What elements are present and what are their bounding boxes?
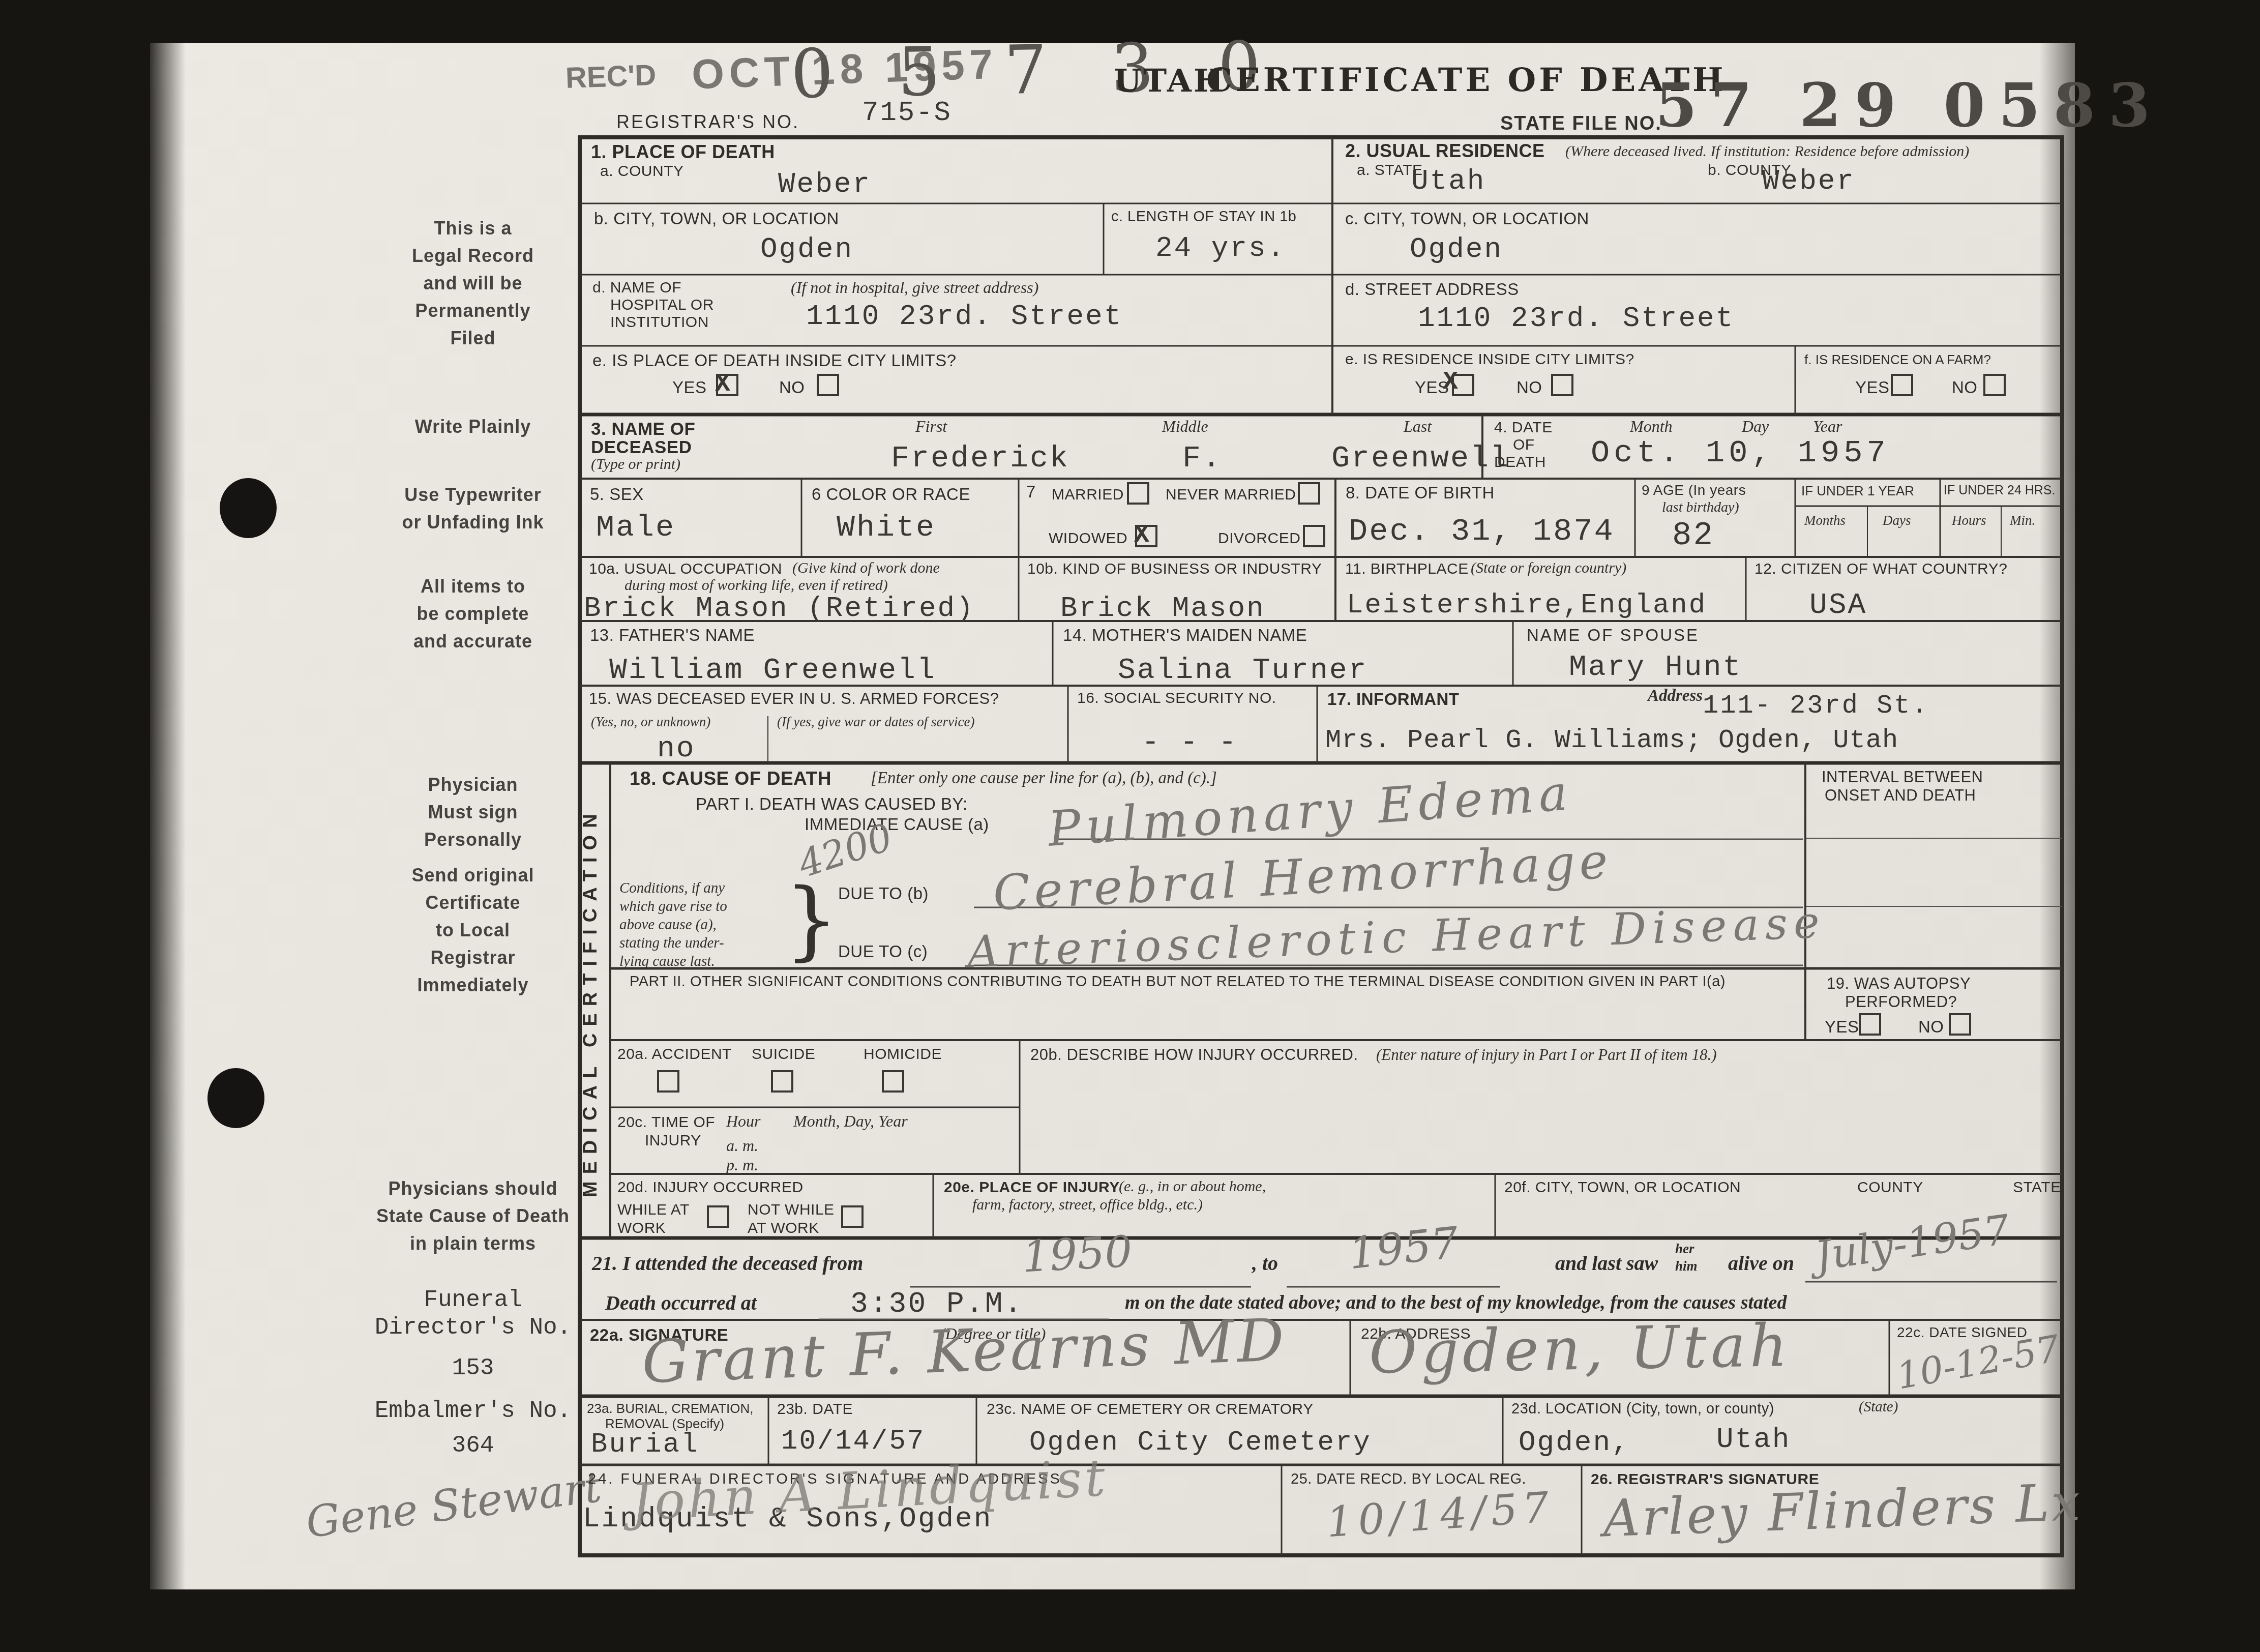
field-4-month-label: Month	[1630, 418, 1673, 434]
field-15-hint2: (If yes, give war or dates of service)	[777, 715, 974, 729]
field-20f-state-label: STATE	[2013, 1180, 2061, 1195]
field-2-hint: (Where deceased lived. If institution: R…	[1565, 144, 1969, 159]
field-1d-value: 1110 23rd. Street	[806, 302, 1122, 331]
field-2e-no-label: NO	[1516, 379, 1542, 396]
field-20f-county-label: COUNTY	[1857, 1180, 1923, 1195]
field-23b-label: 23b. DATE	[777, 1402, 853, 1417]
checkbox-2f-no	[1983, 374, 2006, 396]
field-20b-hint: (Enter nature of injury in Part I or Par…	[1376, 1047, 1717, 1063]
field-18-hint: [Enter only one cause per line for (a), …	[871, 770, 1217, 787]
checkbox-7-never-married	[1298, 482, 1320, 505]
margin-legal-record-line: and will be	[356, 273, 590, 294]
field-1b-value: Ogden	[760, 235, 853, 263]
field-18-part2-label: PART II. OTHER SIGNIFICANT CONDITIONS CO…	[630, 975, 1726, 989]
state-file-label: STATE FILE NO.	[1500, 114, 1662, 133]
field-21-death-occurred-label: Death occurred at	[605, 1293, 757, 1313]
field-20d-not-while-label: AT WORK	[748, 1221, 819, 1236]
field-10a-value: Brick Mason (Retired)	[584, 594, 975, 623]
field-23b-value: 10/14/57	[781, 1428, 925, 1456]
field-21-last-saw-label: and last saw	[1555, 1253, 1658, 1274]
medical-certification-label: MEDICAL CERTIFICATION	[581, 768, 610, 1236]
field-9-value: 82	[1672, 520, 1714, 552]
field-20e-hint: farm, factory, street, office bldg., etc…	[972, 1197, 1203, 1213]
field-2f-label: f. IS RESIDENCE ON A FARM?	[1804, 353, 1991, 366]
field-17-label: 17. INFORMANT	[1327, 691, 1460, 707]
funeral-director-no-value: 153	[356, 1355, 590, 1381]
field-2b-value: Weber	[1762, 167, 1855, 195]
field-18-part1-label: PART I. DEATH WAS CAUSED BY:	[696, 795, 968, 812]
field-18b-label: DUE TO (b)	[838, 885, 929, 902]
registrars-no-label: REGISTRAR'S NO.	[616, 113, 799, 131]
received-stamp-prefix: REC'D	[565, 61, 657, 93]
checkbox-1e-no	[817, 374, 839, 396]
embalmer-no-label: Embalmer's No.	[356, 1398, 590, 1424]
field-23a-label: 23a. BURIAL, CREMATION,	[587, 1402, 754, 1415]
field-21-time-value: 3:30 P.M.	[850, 1290, 1023, 1319]
under-1-year-days-label: Days	[1883, 514, 1911, 527]
field-20e-label: 20e. PLACE OF INJURY	[944, 1180, 1120, 1195]
margin-send-original-line: to Local	[356, 920, 590, 941]
funeral-director-no-label: Funeral	[356, 1287, 590, 1313]
field-23c-label: 23c. NAME OF CEMETERY OR CREMATORY	[987, 1402, 1314, 1417]
field-16-label: 16. SOCIAL SECURITY NO.	[1077, 691, 1276, 706]
field-21-to-label: , to	[1252, 1253, 1278, 1274]
field-1a-value: Weber	[778, 170, 871, 198]
scanned-death-certificate: REC'D OCT 18 1957 0 5 7 3 0 REGISTRAR'S …	[0, 0, 2260, 1652]
field-1d-label: INSTITUTION	[610, 315, 709, 330]
field-20e-hint: (e. g., in or about home,	[1119, 1179, 1266, 1194]
title-certificate-of-death: CERTIFICATE OF DEATH	[1206, 64, 1727, 97]
field-21-alive-on-label: alive on	[1728, 1253, 1794, 1274]
field-23d-state-value: Utah	[1716, 1425, 1791, 1454]
field-4-value: Oct. 10, 1957	[1591, 437, 1890, 469]
checkbox-19-yes	[1859, 1013, 1881, 1036]
margin-physician-line: Must sign	[356, 802, 590, 823]
field-20c-am-label: a. m.	[726, 1137, 758, 1154]
field-13-value: William Greenwell	[609, 656, 936, 686]
field-18-conditions-line: Conditions, if any	[619, 881, 725, 896]
registrars-no-value: 715-S	[862, 100, 952, 127]
interval-header: ONSET AND DEATH	[1825, 787, 1976, 803]
checkbox-20a-accident	[657, 1070, 679, 1093]
checkbox-1e-yes: X	[716, 374, 738, 396]
checkbox-2e-yes-mark: X	[1443, 368, 1458, 397]
checkbox-20d-while-at-work	[707, 1205, 729, 1228]
margin-legal-record-line: Permanently	[356, 300, 590, 321]
field-20b-label: 20b. DESCRIBE HOW INJURY OCCURRED.	[1030, 1047, 1358, 1063]
margin-legal-record-line: This is a	[356, 218, 590, 239]
checkbox-1e-yes-mark: X	[715, 370, 730, 399]
field-21-attended-label: 21. I attended the deceased from	[592, 1253, 863, 1274]
field-20c-mdy-label: Month, Day, Year	[793, 1113, 908, 1129]
field-3-first-value: Frederick	[891, 444, 1069, 474]
checkbox-19-no	[1949, 1013, 1971, 1036]
field-20d-not-while-label: NOT WHILE	[748, 1202, 835, 1218]
margin-legal-record-line: Legal Record	[356, 245, 590, 267]
field-15-value: no	[657, 734, 696, 764]
field-23d-label: 23d. LOCATION (City, town, or county)	[1511, 1402, 1774, 1417]
field-21-from-value-handwriting: 1950	[1021, 1230, 1133, 1279]
field-3-title: DECEASED	[591, 438, 692, 456]
field-11-value: Leistershire,England	[1347, 592, 1707, 619]
field-1d-label: d. NAME OF	[592, 280, 681, 296]
field-1d-label: HOSPITAL OR	[610, 298, 714, 313]
field-18-conditions-line: above cause (a),	[619, 918, 717, 932]
field-2f-no-label: NO	[1952, 379, 1978, 396]
field-23a-value: Burial	[591, 1431, 699, 1459]
field-4-day-label: Day	[1742, 418, 1769, 434]
field-7-never-married-label: NEVER MARRIED	[1166, 487, 1296, 503]
margin-plain-terms-line: in plain terms	[356, 1233, 590, 1254]
field-10a-hint: during most of working life, even if ret…	[625, 578, 888, 593]
field-spouse-label: NAME OF SPOUSE	[1527, 627, 1699, 643]
field-3-middle-value: F.	[1182, 444, 1222, 474]
field-18-title: 18. CAUSE OF DEATH	[630, 769, 831, 788]
field-20d-while-label: WHILE AT	[617, 1202, 690, 1218]
field-20a-accident-label: 20a. ACCIDENT	[617, 1047, 732, 1062]
field-1e-label: e. IS PLACE OF DEATH INSIDE CITY LIMITS?	[592, 352, 957, 369]
margin-plain-terms-line: State Cause of Death	[356, 1205, 590, 1227]
field-3-title: 3. NAME OF	[591, 420, 695, 438]
field-16-value: - - -	[1142, 728, 1238, 758]
field-10a-hint: (Give kind of work done	[792, 560, 940, 576]
field-20d-label: 20d. INJURY OCCURRED	[617, 1180, 804, 1195]
under-24-hrs-min-label: Min.	[2010, 514, 2035, 527]
under-24-hrs-hours-label: Hours	[1952, 514, 1986, 527]
field-17-address-value: 111- 23rd St.	[1703, 693, 1929, 719]
checkbox-20a-suicide	[771, 1070, 793, 1093]
field-1a-label: a. COUNTY	[600, 164, 684, 179]
field-7-widowed-label: WIDOWED	[1049, 531, 1127, 546]
field-2c-label: c. CITY, TOWN, OR LOCATION	[1345, 210, 1589, 227]
field-20c-label: INJURY	[645, 1133, 701, 1148]
field-20c-label: 20c. TIME OF	[617, 1115, 715, 1130]
field-21-him-label: him	[1675, 1259, 1698, 1273]
field-3-hint: (Type or print)	[591, 457, 680, 472]
margin-send-original-line: Immediately	[356, 975, 590, 996]
field-20a-suicide-label: SUICIDE	[752, 1047, 815, 1062]
field-19-label: 19. WAS AUTOPSY	[1827, 976, 1971, 991]
field-19-label: PERFORMED?	[1845, 994, 1957, 1010]
field-9-label: 9 AGE (In years	[1642, 483, 1746, 497]
interval-header: INTERVAL BETWEEN	[1822, 769, 1983, 785]
under-1-year-header: IF UNDER 1 YEAR	[1801, 484, 1914, 497]
field-18-conditions-line: stating the under-	[619, 936, 724, 951]
field-1e-yes-label: YES	[672, 379, 707, 396]
field-18-conditions-line: which gave rise to	[619, 899, 727, 914]
field-9-label: last birthday)	[1662, 500, 1739, 515]
funeral-director-no-label: Director's No.	[356, 1314, 590, 1341]
field-7-number: 7	[1026, 483, 1036, 500]
margin-complete-line: and accurate	[356, 631, 590, 652]
field-20f-label: 20f. CITY, TOWN, OR LOCATION	[1504, 1180, 1741, 1195]
checkbox-7-widowed: X	[1135, 525, 1157, 547]
field-15-hint1: (Yes, no, or unknown)	[591, 715, 710, 729]
field-18c-label: DUE TO (c)	[838, 943, 928, 960]
field-2f-yes-label: YES	[1855, 379, 1890, 396]
field-3-first-label: First	[915, 418, 947, 434]
field-2d-label: d. STREET ADDRESS	[1345, 281, 1519, 298]
field-14-value: Salina Turner	[1118, 656, 1367, 686]
field-17-value: Mrs. Pearl G. Williams; Ogden, Utah	[1325, 727, 1898, 754]
margin-write-plainly: Write Plainly	[356, 416, 590, 437]
conditions-brace: }	[784, 877, 839, 962]
embalmer-no-value: 364	[356, 1432, 590, 1459]
field-20c-pm-label: p. m.	[726, 1157, 758, 1173]
under-1-year-months-label: Months	[1804, 514, 1846, 527]
field-1b-label: b. CITY, TOWN, OR LOCATION	[594, 210, 839, 227]
field-20d-while-label: WORK	[617, 1221, 666, 1236]
margin-send-original-line: Registrar	[356, 947, 590, 968]
field-4-title: 4. DATE	[1494, 420, 1553, 435]
registrar-signature-handwriting: Arley Flinders Lx	[1602, 1477, 2083, 1545]
field-10a-label: 10a. USUAL OCCUPATION	[589, 562, 782, 577]
field-2c-value: Ogden	[1410, 235, 1503, 263]
field-19-yes-label: YES	[1825, 1018, 1859, 1035]
margin-complete-line: All items to	[356, 576, 590, 597]
field-20c-hour-label: Hour	[726, 1113, 761, 1129]
field-3-middle-label: Middle	[1162, 418, 1208, 434]
field-19-no-label: NO	[1918, 1018, 1944, 1035]
margin-typewriter-line: Use Typewriter	[356, 484, 590, 506]
field-21-her-label: her	[1675, 1242, 1694, 1256]
margin-physician-line: Personally	[356, 829, 590, 850]
margin-legal-record-line: Filed	[356, 328, 590, 349]
checkbox-20d-not-while-at-work	[841, 1205, 864, 1228]
checkbox-2e-yes: X	[1452, 374, 1474, 396]
checkbox-7-widowed-mark: X	[1134, 521, 1149, 550]
field-13-label: 13. FATHER'S NAME	[590, 627, 755, 643]
field-3-last-label: Last	[1404, 418, 1432, 434]
field-23a-label: REMOVAL (Specify)	[605, 1417, 724, 1430]
field-12-label: 12. CITIZEN OF WHAT COUNTRY?	[1755, 562, 2007, 577]
field-2a-value: Utah	[1411, 167, 1485, 195]
checkbox-7-divorced	[1303, 525, 1325, 547]
field-21-to-value-handwriting: 1957	[1347, 1221, 1461, 1276]
margin-complete-line: be complete	[356, 603, 590, 625]
field-4-title: OF	[1513, 437, 1535, 453]
margin-physician-line: Physician	[356, 774, 590, 795]
checkbox-2f-yes	[1891, 374, 1913, 396]
field-1c-value: 24 yrs.	[1155, 234, 1286, 262]
field-10b-value: Brick Mason	[1060, 594, 1265, 623]
field-17-address-label: Address	[1648, 688, 1703, 704]
field-8-label: 8. DATE OF BIRTH	[1346, 484, 1495, 501]
field-2e-label: e. IS RESIDENCE INSIDE CITY LIMITS?	[1345, 352, 1634, 367]
field-spouse-value: Mary Hunt	[1569, 653, 1742, 683]
field-8-value: Dec. 31, 1874	[1349, 516, 1615, 547]
field-23d-state-label: (State)	[1859, 1400, 1898, 1414]
field-5-label: 5. SEX	[590, 486, 644, 503]
field-23d-city-value: Ogden,	[1519, 1428, 1630, 1457]
margin-typewriter-line: or Unfading Ink	[356, 512, 590, 533]
field-14-label: 14. MOTHER'S MAIDEN NAME	[1063, 627, 1307, 643]
checkbox-2e-no	[1551, 374, 1573, 396]
field-6-value: White	[837, 513, 936, 543]
field-25-label: 25. DATE RECD. BY LOCAL REG.	[1291, 1472, 1526, 1487]
state-file-number: 57 29 0583	[1655, 75, 2163, 135]
field-3-last-value: Greenwell	[1331, 444, 1510, 474]
field-5-value: Male	[596, 513, 675, 543]
field-10b-label: 10b. KIND OF BUSINESS OR INDUSTRY	[1027, 562, 1322, 577]
under-24-hrs-header: IF UNDER 24 HRS.	[1944, 484, 2055, 497]
field-18-conditions-line: lying cause last.	[619, 954, 715, 969]
margin-send-original-line: Send original	[356, 865, 590, 886]
field-11-label: 11. BIRTHPLACE	[1345, 562, 1469, 577]
checkbox-20a-homicide	[882, 1070, 904, 1093]
margin-plain-terms-line: Physicians should	[356, 1178, 590, 1199]
field-4-year-label: Year	[1813, 418, 1842, 434]
field-11-hint: (State or foreign country)	[1471, 560, 1626, 576]
field-1e-no-label: NO	[779, 379, 805, 396]
field-18-immediate-cause-label: IMMEDIATE CAUSE (a)	[805, 816, 989, 833]
checkbox-7-married	[1127, 482, 1149, 505]
field-1-title: 1. PLACE OF DEATH	[591, 143, 775, 161]
field-15-label: 15. WAS DECEASED EVER IN U. S. ARMED FOR…	[589, 691, 999, 706]
field-7-married-label: MARRIED	[1052, 487, 1124, 503]
field-7-divorced-label: DIVORCED	[1218, 531, 1300, 546]
field-4-title: DEATH	[1494, 455, 1546, 470]
field-22b-value-handwriting: Ogden, Utah	[1369, 1317, 1792, 1382]
field-20a-homicide-label: HOMICIDE	[864, 1047, 942, 1062]
field-2-title: 2. USUAL RESIDENCE	[1345, 142, 1544, 160]
field-1d-hint: (If not in hospital, give street address…	[791, 279, 1038, 296]
field-1c-label: c. LENGTH OF STAY IN 1b	[1111, 210, 1296, 224]
field-12-value: USA	[1809, 591, 1867, 621]
margin-send-original-line: Certificate	[356, 892, 590, 913]
field-6-label: 6 COLOR OR RACE	[812, 486, 970, 503]
field-2d-value: 1110 23rd. Street	[1418, 304, 1734, 333]
